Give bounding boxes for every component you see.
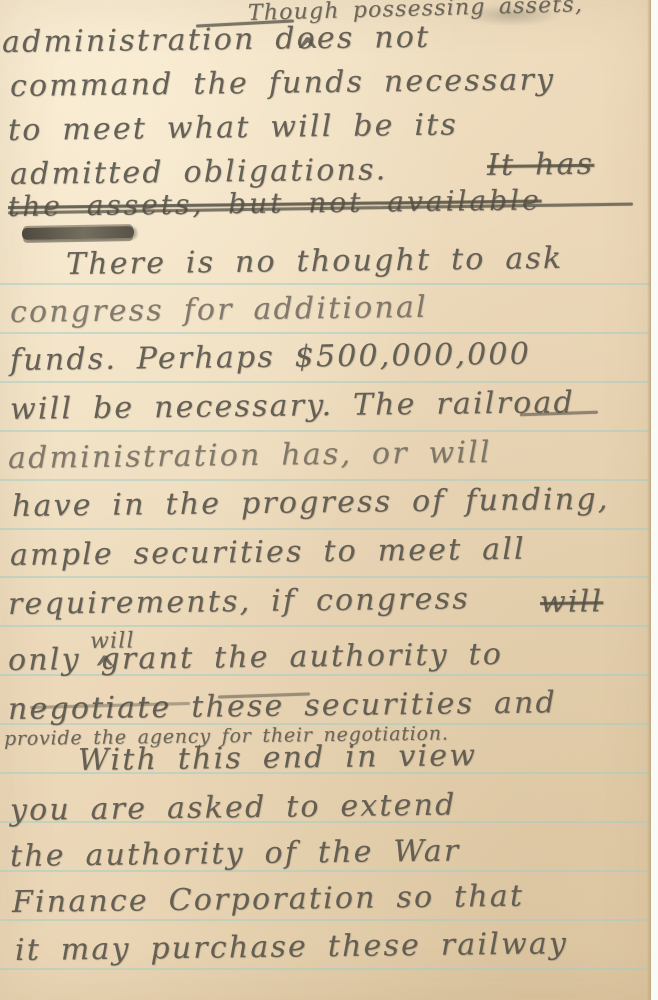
ruled-line — [0, 528, 650, 530]
manuscript-line: you are asked to extend — [10, 789, 457, 827]
manuscript-line: to meet what will be its — [8, 109, 458, 147]
ruled-line — [0, 283, 650, 285]
manuscript-line: command the funds necessary — [10, 63, 556, 103]
ruled-line — [0, 381, 650, 383]
struck-word-will: will — [540, 585, 604, 619]
manuscript-line: administration has, or will — [8, 436, 492, 475]
manuscript-line: will be necessary. The railroad — [10, 386, 575, 426]
manuscript-line: have in the progress of funding, — [12, 483, 610, 523]
scanner-background-strip — [651, 0, 658, 1000]
manuscript-line: With this end in view — [78, 739, 478, 777]
manuscript-line: congress for additional — [10, 291, 428, 329]
manuscript-line: Finance Corporation so that — [12, 880, 525, 919]
scribbled-out-word — [22, 226, 134, 240]
manuscript-line: funds. Perhaps $500,000,000 — [10, 338, 531, 377]
ruled-line — [0, 332, 650, 334]
ruled-line — [0, 479, 650, 481]
ruled-line — [0, 576, 650, 578]
ruled-line — [0, 968, 650, 970]
struck-phrase-it-has: It has — [487, 148, 595, 182]
manuscript-line: requirements, if congress — [8, 582, 470, 621]
manuscript-line: administration does not — [2, 21, 431, 59]
eraser-smudge — [462, 4, 562, 26]
manuscript-line: the authority of the War — [10, 834, 461, 873]
ruled-line — [0, 919, 650, 921]
manuscript-line: only grant the authority to — [8, 638, 503, 677]
manuscript-line: There is no thought to ask — [66, 242, 564, 281]
ruled-line — [0, 625, 650, 627]
manuscript-page: Though possessing assets, administration… — [0, 0, 658, 1000]
manuscript-line: ample securities to meet all — [10, 533, 526, 572]
ruled-line — [0, 430, 650, 432]
manuscript-line: it may purchase these railway — [15, 927, 568, 967]
